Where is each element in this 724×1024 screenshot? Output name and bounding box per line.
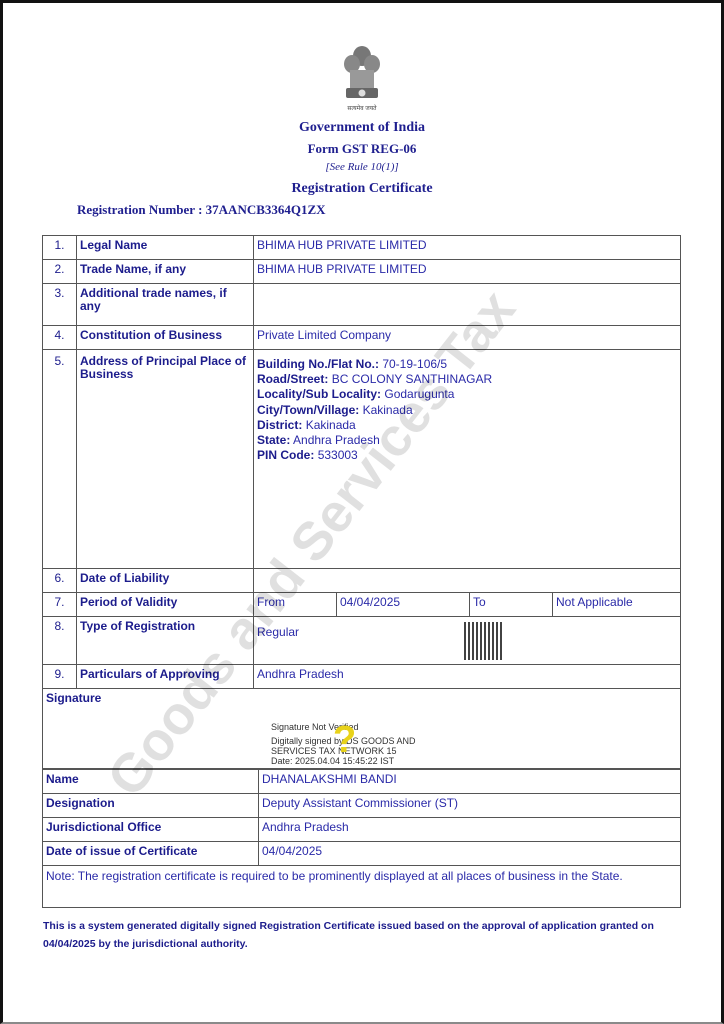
certificate-title: Registration Certificate xyxy=(0,181,724,197)
table-row: 1. Legal Name BHIMA HUB PRIVATE LIMITED xyxy=(43,236,681,260)
signature-unverified-icon: ? xyxy=(333,720,356,760)
display-note: Note: The registration certificate is re… xyxy=(43,866,681,908)
svg-text:सत्यमेव जयते: सत्यमेव जयते xyxy=(347,104,377,112)
table-row: 5. Address of Principal Place of Busines… xyxy=(43,350,681,569)
table-row: Date of issue of Certificate 04/04/2025 xyxy=(43,842,681,866)
note-row: Note: The registration certificate is re… xyxy=(43,866,681,908)
table-row: Jurisdictional Office Andhra Pradesh xyxy=(43,818,681,842)
certificate-table: 1. Legal Name BHIMA HUB PRIVATE LIMITED … xyxy=(42,235,681,769)
national-emblem-icon: सत्यमेव जयते xyxy=(340,42,384,114)
table-row: 3. Additional trade names, if any xyxy=(43,284,681,326)
table-row: 6. Date of Liability xyxy=(43,569,681,593)
table-row: 4. Constitution of Business Private Limi… xyxy=(43,326,681,350)
government-heading: Government of India xyxy=(0,120,724,136)
table-row: 2. Trade Name, if any BHIMA HUB PRIVATE … xyxy=(43,260,681,284)
table-row: Name DHANALAKSHMI BANDI xyxy=(43,770,681,794)
table-row: Designation Deputy Assistant Commissione… xyxy=(43,794,681,818)
form-name: Form GST REG-06 xyxy=(0,141,724,157)
address-cell: Building No./Flat No.: 70-19-106/5 Road/… xyxy=(254,350,681,569)
registration-number: Registration Number : 37AANCB3364Q1ZX xyxy=(77,202,326,218)
system-generated-note: This is a system generated digitally sig… xyxy=(43,917,683,953)
table-row: 8. Type of Registration Regular xyxy=(43,617,681,665)
signature-row: Signature Signature Not Verified Digital… xyxy=(43,689,681,769)
rule-reference: [See Rule 10(1)] xyxy=(0,161,724,173)
table-row: 9. Particulars of Approving Andhra Prade… xyxy=(43,665,681,689)
officer-table: Name DHANALAKSHMI BANDI Designation Depu… xyxy=(42,769,681,908)
digital-signature: Signature Not Verified Digitally signed … xyxy=(271,722,677,766)
table-row: 7. Period of Validity From 04/04/2025 To… xyxy=(43,593,681,617)
qr-code-icon xyxy=(464,622,502,660)
